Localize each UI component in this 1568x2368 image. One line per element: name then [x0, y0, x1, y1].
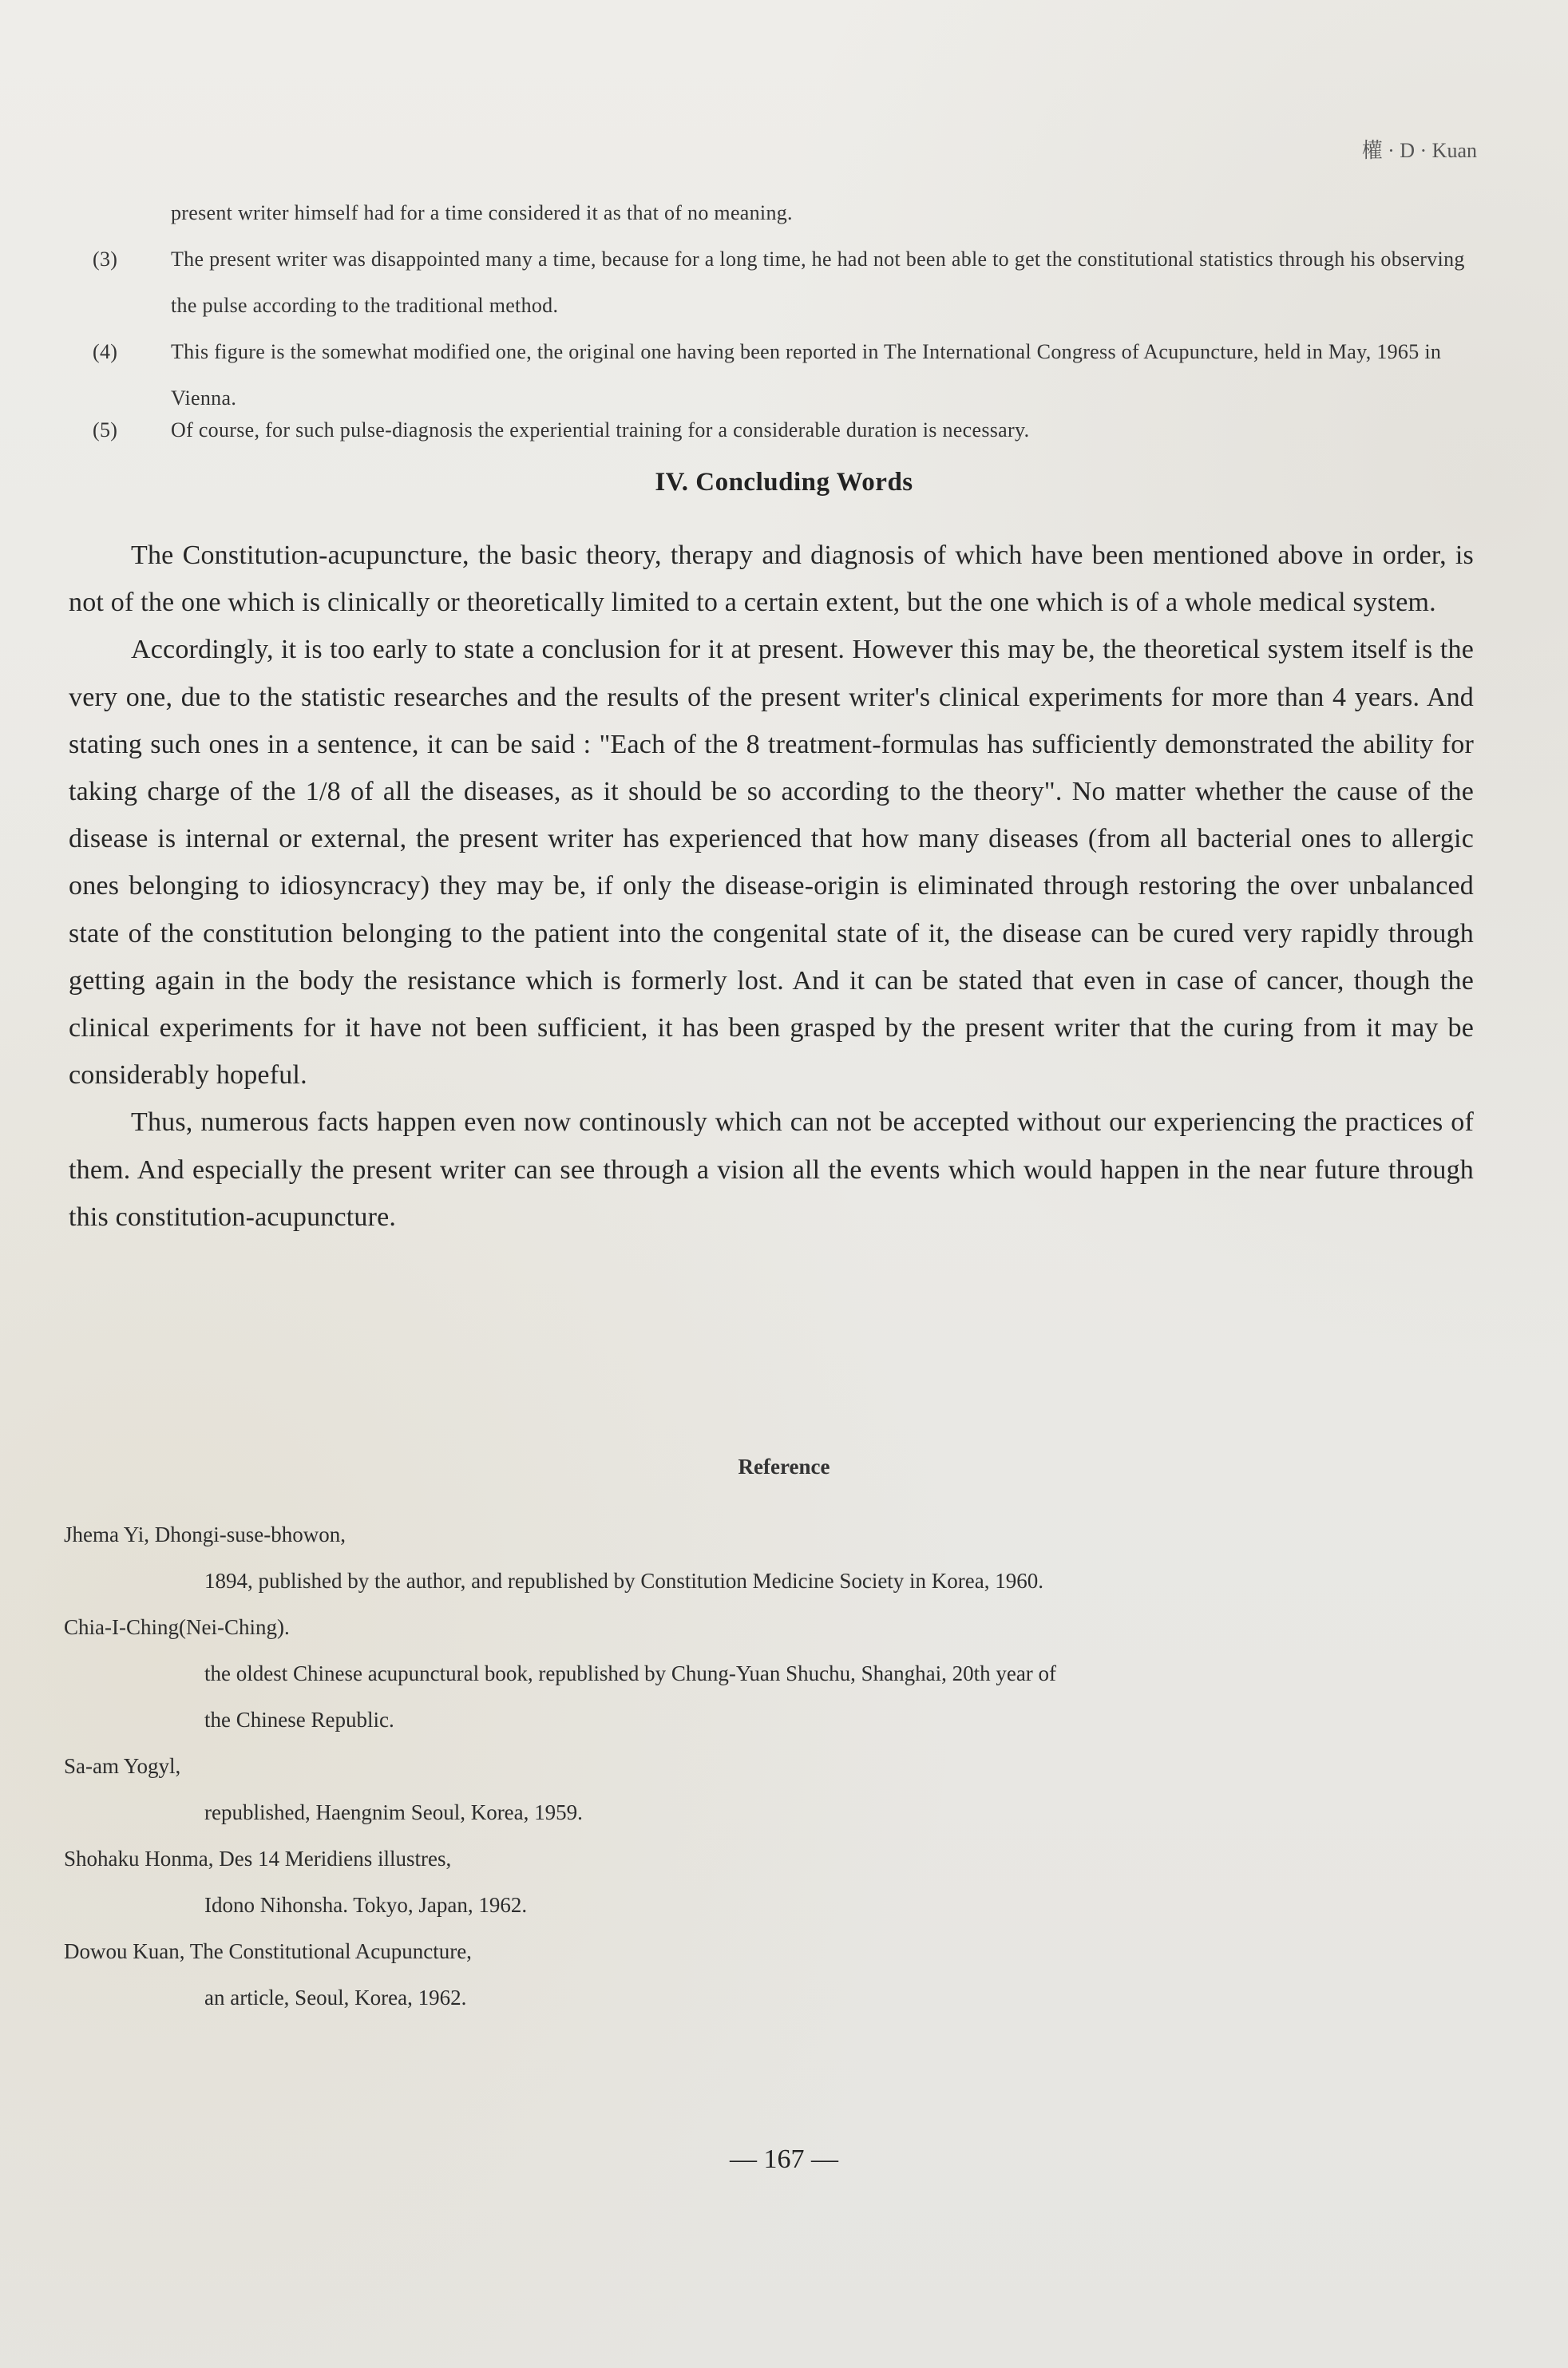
footnote-3: (3) The present writer was disappointed … [93, 236, 1466, 329]
reference-detail: Idono Nihonsha. Tokyo, Japan, 1962. [204, 1882, 1501, 1928]
reference-head: Sa-am Yogyl, [64, 1743, 1501, 1789]
reference-item: Jhema Yi, Dhongi-suse-bhowon, 1894, publ… [64, 1511, 1501, 1604]
footnote-number: (5) [93, 407, 117, 453]
reference-item: Sa-am Yogyl, republished, Haengnim Seoul… [64, 1743, 1501, 1835]
footnote-text: present writer himself had for a time co… [171, 190, 1466, 236]
reference-item: Dowou Kuan, The Constitutional Acupunctu… [64, 1928, 1501, 2021]
paragraph: The Constitution-acupuncture, the basic … [69, 532, 1474, 626]
reference-item: Chia-I-Ching(Nei-Ching). the oldest Chin… [64, 1604, 1501, 1743]
reference-head: Chia-I-Ching(Nei-Ching). [64, 1604, 1501, 1650]
reference-detail: an article, Seoul, Korea, 1962. [204, 1974, 1501, 2021]
footnote-number: (4) [93, 329, 117, 375]
paragraph: Accordingly, it is too early to state a … [69, 626, 1474, 1099]
reference-head: Jhema Yi, Dhongi-suse-bhowon, [64, 1511, 1501, 1558]
reference-detail: republished, Haengnim Seoul, Korea, 1959… [204, 1789, 1501, 1835]
section-body: The Constitution-acupuncture, the basic … [69, 532, 1474, 1241]
section-title: IV. Concluding Words [0, 468, 1568, 497]
footnote-text: The present writer was disappointed many… [171, 236, 1466, 329]
document-page: 權 · D · Kuan present writer himself had … [0, 0, 1568, 2368]
footnote-5: (5) Of course, for such pulse-diagnosis … [93, 407, 1466, 453]
references-title: Reference [0, 1455, 1568, 1479]
footnote-text: Of course, for such pulse-diagnosis the … [171, 407, 1466, 453]
page-number: — 167 — [0, 2144, 1568, 2175]
reference-detail: the oldest Chinese acupunctural book, re… [204, 1650, 1501, 1697]
reference-head: Shohaku Honma, Des 14 Meridiens illustre… [64, 1835, 1501, 1882]
reference-item: Shohaku Honma, Des 14 Meridiens illustre… [64, 1835, 1501, 1928]
footnote-number: (3) [93, 236, 117, 283]
footnote-continuation: present writer himself had for a time co… [93, 190, 1466, 236]
reference-detail: the Chinese Republic. [204, 1697, 1501, 1743]
running-head: 權 · D · Kuan [1362, 134, 1477, 164]
references-list: Jhema Yi, Dhongi-suse-bhowon, 1894, publ… [64, 1511, 1501, 2021]
paragraph: Thus, numerous facts happen even now con… [69, 1099, 1474, 1241]
reference-head: Dowou Kuan, The Constitutional Acupunctu… [64, 1928, 1501, 1974]
reference-detail: 1894, published by the author, and repub… [204, 1558, 1501, 1604]
